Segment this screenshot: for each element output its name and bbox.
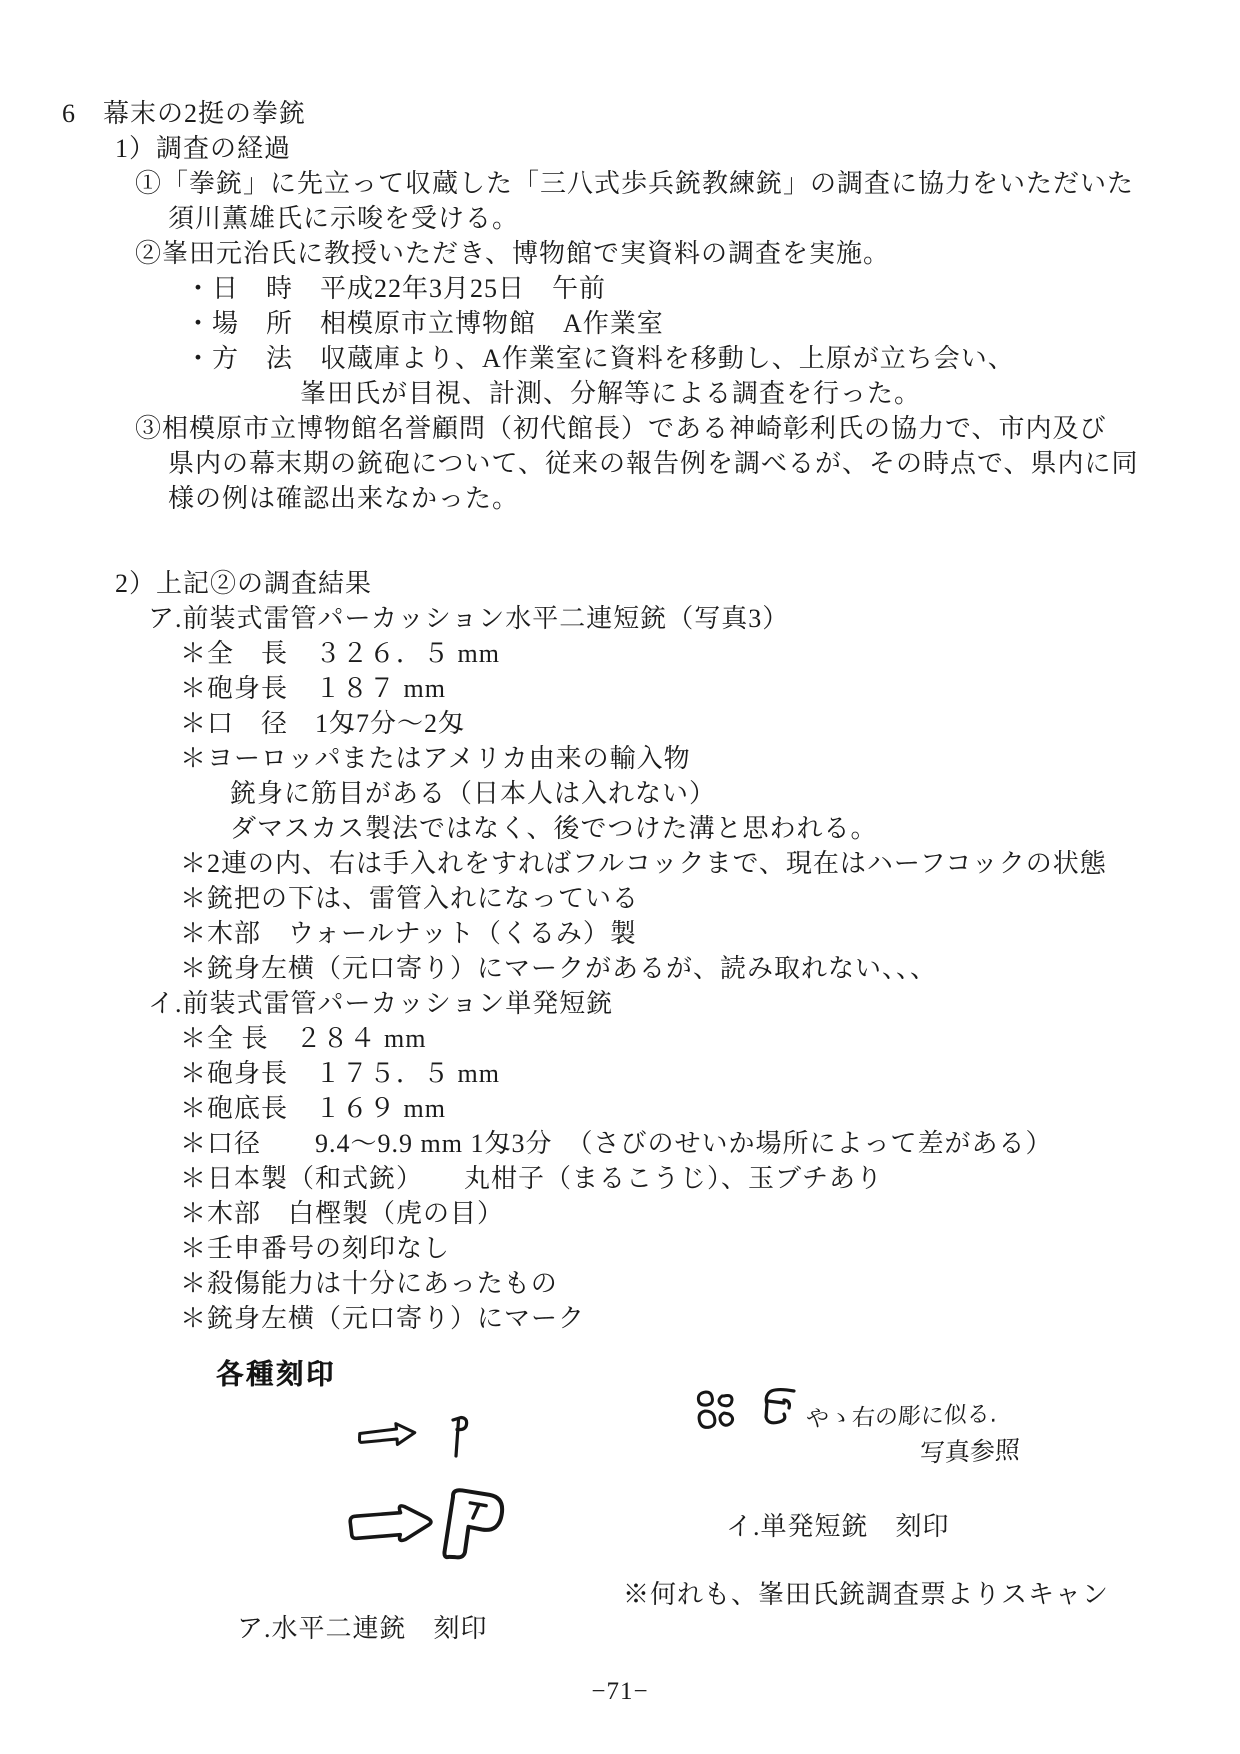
text-line: ＊砲身長 １７５．５ mm xyxy=(180,1056,1240,1091)
scanned-document-page: 6 幕末の2挺の拳銃1）調査の経過①「拳銃」に先立って収蔵した「三八式歩兵銃教練… xyxy=(0,0,1240,1754)
handwritten-note-line1: やゝ右の彫に似る. xyxy=(805,1395,998,1433)
hand-drawn-f-mark-icon xyxy=(759,1386,801,1435)
page-number: −71− xyxy=(591,1678,648,1706)
text-line: 峯田氏が目視、計測、分解等による調査を行った。 xyxy=(300,376,1240,411)
text-line: 6 幕末の2挺の拳銃 xyxy=(62,96,1240,131)
text-line: イ.前装式雷管パーカッション単発短銃 xyxy=(148,986,1240,1021)
text-line: ＊全 長 ３２６．５ mm xyxy=(180,636,1240,671)
text-line: 県内の幕末期の銃砲について、従来の報告例を調べるが、その時点で、県内に同 xyxy=(168,446,1240,481)
text-line: ・場 所 相模原市立博物館 A作業室 xyxy=(185,306,1240,341)
hand-drawn-p-stamp-icon xyxy=(435,1483,509,1570)
text-line: ＊銃把の下は、雷管入れになっている xyxy=(180,881,1240,916)
text-line: 様の例は確認出来なかった。 xyxy=(168,481,1240,516)
text-line: ・日 時 平成22年3月25日 午前 xyxy=(185,271,1240,306)
text-line: ＊砲底長 １６９ mm xyxy=(180,1091,1240,1126)
text-line: 2）上記②の調査結果 xyxy=(115,566,1240,601)
text-line: ＊砲身長 １８７ mm xyxy=(180,671,1240,706)
text-line: ①「拳銃」に先立って収蔵した「三八式歩兵銃教練銃」の調査に協力をいただいた xyxy=(135,166,1240,201)
document-text: 6 幕末の2挺の拳銃1）調査の経過①「拳銃」に先立って収蔵した「三八式歩兵銃教練… xyxy=(0,96,1240,1336)
text-line: ＊2連の内、右は手入れをすればフルコックまで、現在はハーフコックの状態 xyxy=(180,846,1240,881)
text-line: ②峯田元治氏に教授いただき、博物館で実資料の調査を実施。 xyxy=(135,236,1240,271)
hand-drawn-arrow-large-icon xyxy=(345,1501,437,1553)
text-line: ＊全 長 ２８４ mm xyxy=(180,1021,1240,1056)
text-line: ダマスカス製法ではなく、後でつけた溝と思われる。 xyxy=(230,811,1240,846)
text-line: ＊日本製（和式銃） 丸柑子（まるこうじ）、玉ブチあり xyxy=(180,1161,1240,1196)
text-line: ＊木部 ウォールナット（くるみ）製 xyxy=(180,916,1240,951)
text-line: 須川薫雄氏に示唆を受ける。 xyxy=(168,201,1240,236)
text-line: ア.前装式雷管パーカッション水平二連短銃（写真3） xyxy=(148,601,1240,636)
text-line: ＊ヨーロッパまたはアメリカ由来の輸入物 xyxy=(180,741,1240,776)
handwritten-note-line2: 写真参照 xyxy=(919,1430,1020,1470)
text-line: ＊銃身左横（元口寄り）にマーク xyxy=(180,1301,1240,1336)
text-line: ＊木部 白樫製（虎の目） xyxy=(180,1196,1240,1231)
text-line: ・方 法 収蔵庫より、A作業室に資料を移動し、上原が立ち会い、 xyxy=(185,341,1240,376)
text-line: ＊銃身左横（元口寄り）にマークがあるが、読み取れない、、、 xyxy=(180,951,1240,986)
text-line: ③相模原市立博物館名誉顧問（初代館長）である神崎彰利氏の協力で、市内及び xyxy=(135,411,1240,446)
hand-drawn-cluster-mark-icon xyxy=(694,1388,738,1443)
caption-double-barrel-imprint: ア.水平二連銃 刻印 xyxy=(237,1608,488,1645)
caption-single-shot-imprint: イ.単発短銃 刻印 xyxy=(726,1506,950,1543)
imprint-section-heading: 各種刻印 xyxy=(216,1351,336,1392)
text-line: ＊口径 9.4～9.9 mm 1匁3分 （さびのせいか場所によって差がある） xyxy=(180,1126,1240,1161)
text-line: ＊口 径 1匁7分～2匁 xyxy=(180,706,1240,741)
scan-source-note: ※何れも、峯田氏銃調査票よりスキャン xyxy=(623,1574,1109,1611)
text-line: 銃身に筋目がある（日本人は入れない） xyxy=(230,776,1240,811)
text-line: ＊壬申番号の刻印なし xyxy=(180,1231,1240,1266)
text-line: ＊殺傷能力は十分にあったもの xyxy=(180,1266,1240,1301)
hand-drawn-arrow-small-icon xyxy=(356,1419,420,1455)
hand-drawn-p-mark-icon xyxy=(447,1414,471,1465)
text-line: 1）調査の経過 xyxy=(115,131,1240,166)
